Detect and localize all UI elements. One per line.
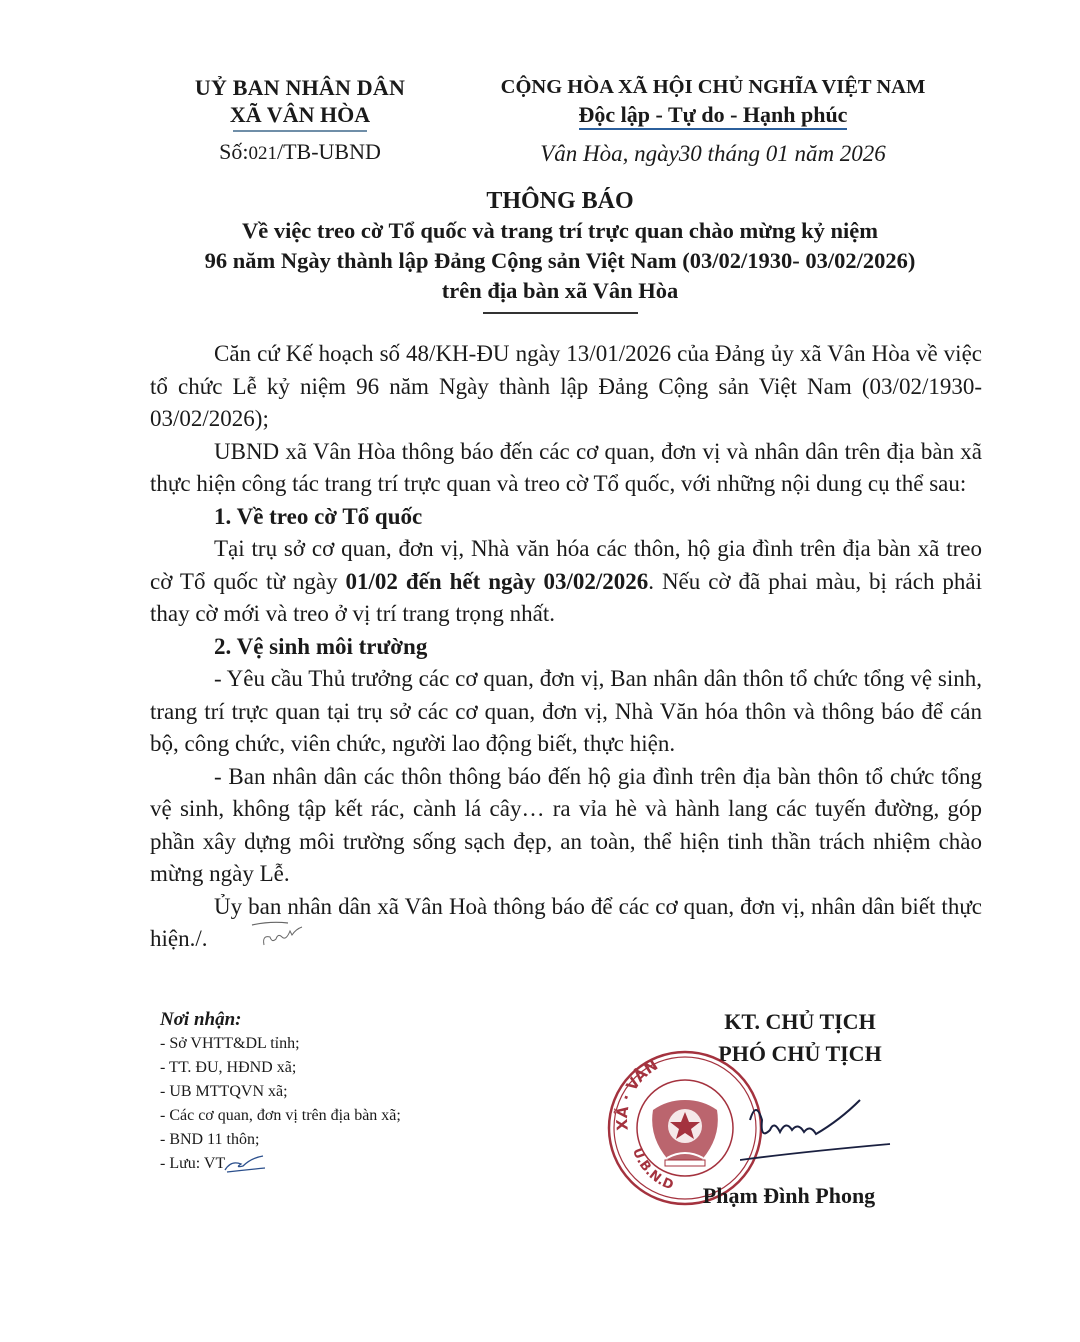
official-notice-page: UỶ BAN NHÂN DÂN XÃ VÂN HÒA Số:021/TB-UBN… xyxy=(0,0,1080,1342)
initial-signature-icon xyxy=(250,919,310,949)
recipient-item: - TT. ĐU, HĐND xã; xyxy=(160,1056,500,1080)
document-type: THÔNG BÁO xyxy=(150,186,970,216)
recipients-block: Nơi nhận: - Sở VHTT&DL tỉnh; - TT. ĐU, H… xyxy=(160,1008,500,1176)
handwritten-signature-icon xyxy=(740,1090,910,1170)
section-2-heading: 2. Vệ sinh môi trường xyxy=(150,631,982,664)
recipient-item: - BND 11 thôn; xyxy=(160,1128,500,1152)
authority-underline xyxy=(233,130,367,132)
section-1-heading: 1. Về treo cờ Tổ quốc xyxy=(150,501,982,534)
archive-initial-icon xyxy=(221,1152,271,1174)
subject-line-1: Về việc treo cờ Tổ quốc và trang trí trự… xyxy=(150,216,970,246)
legal-basis-paragraph: Căn cứ Kế hoạch số 48/KH-ĐU ngày 13/01/2… xyxy=(150,338,982,436)
signer-name: Phạm Đình Phong xyxy=(684,1180,894,1212)
doc-number-value: 021 xyxy=(248,143,277,164)
subject-line-3: trên địa bàn xã Vân Hòa xyxy=(150,276,970,306)
closing-wrapper: Ủy ban nhân dân xã Vân Hoà thông báo để … xyxy=(150,891,982,956)
authority-name-line2: XÃ VÂN HÒA xyxy=(150,101,450,128)
title-underline xyxy=(483,312,638,314)
national-title: CỘNG HÒA XÃ HỘI CHỦ NGHĨA VIỆT NAM xyxy=(478,74,948,101)
recipient-item: - Các cơ quan, đơn vị trên địa bàn xã; xyxy=(160,1104,500,1128)
recipients-label: Nơi nhận: xyxy=(160,1008,500,1032)
section-2-item-2: - Ban nhân dân các thôn thông báo đến hộ… xyxy=(150,761,982,891)
doc-number-suffix: /TB-UBND xyxy=(277,139,381,164)
place-and-date: Vân Hòa, ngày30 tháng 01 năm 2026 xyxy=(478,140,948,168)
authority-name-line1: UỶ BAN NHÂN DÂN xyxy=(150,74,450,101)
document-number: Số:021/TB-UBND xyxy=(150,138,450,168)
recipient-item-archive: - Lưu: VT xyxy=(160,1152,500,1176)
document-body: Căn cứ Kế hoạch số 48/KH-ĐU ngày 13/01/2… xyxy=(150,338,982,956)
issuing-authority-block: UỶ BAN NHÂN DÂN XÃ VÂN HÒA Số:021/TB-UBN… xyxy=(150,74,450,168)
announcement-paragraph: UBND xã Vân Hòa thông báo đến các cơ qua… xyxy=(150,436,982,501)
subject-line-2: 96 năm Ngày thành lập Đảng Cộng sản Việt… xyxy=(150,246,970,276)
section-2-item-1: - Yêu cầu Thủ trưởng các cơ quan, đơn vị… xyxy=(150,663,982,761)
recipient-item: - Sở VHTT&DL tỉnh; xyxy=(160,1032,500,1056)
document-title-block: THÔNG BÁO Về việc treo cờ Tổ quốc và tra… xyxy=(150,186,970,314)
doc-number-prefix: Số: xyxy=(219,139,248,164)
national-motto: Độc lập - Tự do - Hạnh phúc xyxy=(579,101,848,130)
section-1-text: Tại trụ sở cơ quan, đơn vị, Nhà văn hóa … xyxy=(150,533,982,631)
on-behalf-label: KT. CHỦ TỊCH xyxy=(680,1006,920,1038)
archive-label: - Lưu: VT xyxy=(160,1155,225,1172)
national-header-block: CỘNG HÒA XÃ HỘI CHỦ NGHĨA VIỆT NAM Độc l… xyxy=(478,74,948,168)
recipient-item: - UB MTTQVN xã; xyxy=(160,1080,500,1104)
flag-period-highlight: 01/02 đến hết ngày 03/02/2026 xyxy=(346,569,649,594)
